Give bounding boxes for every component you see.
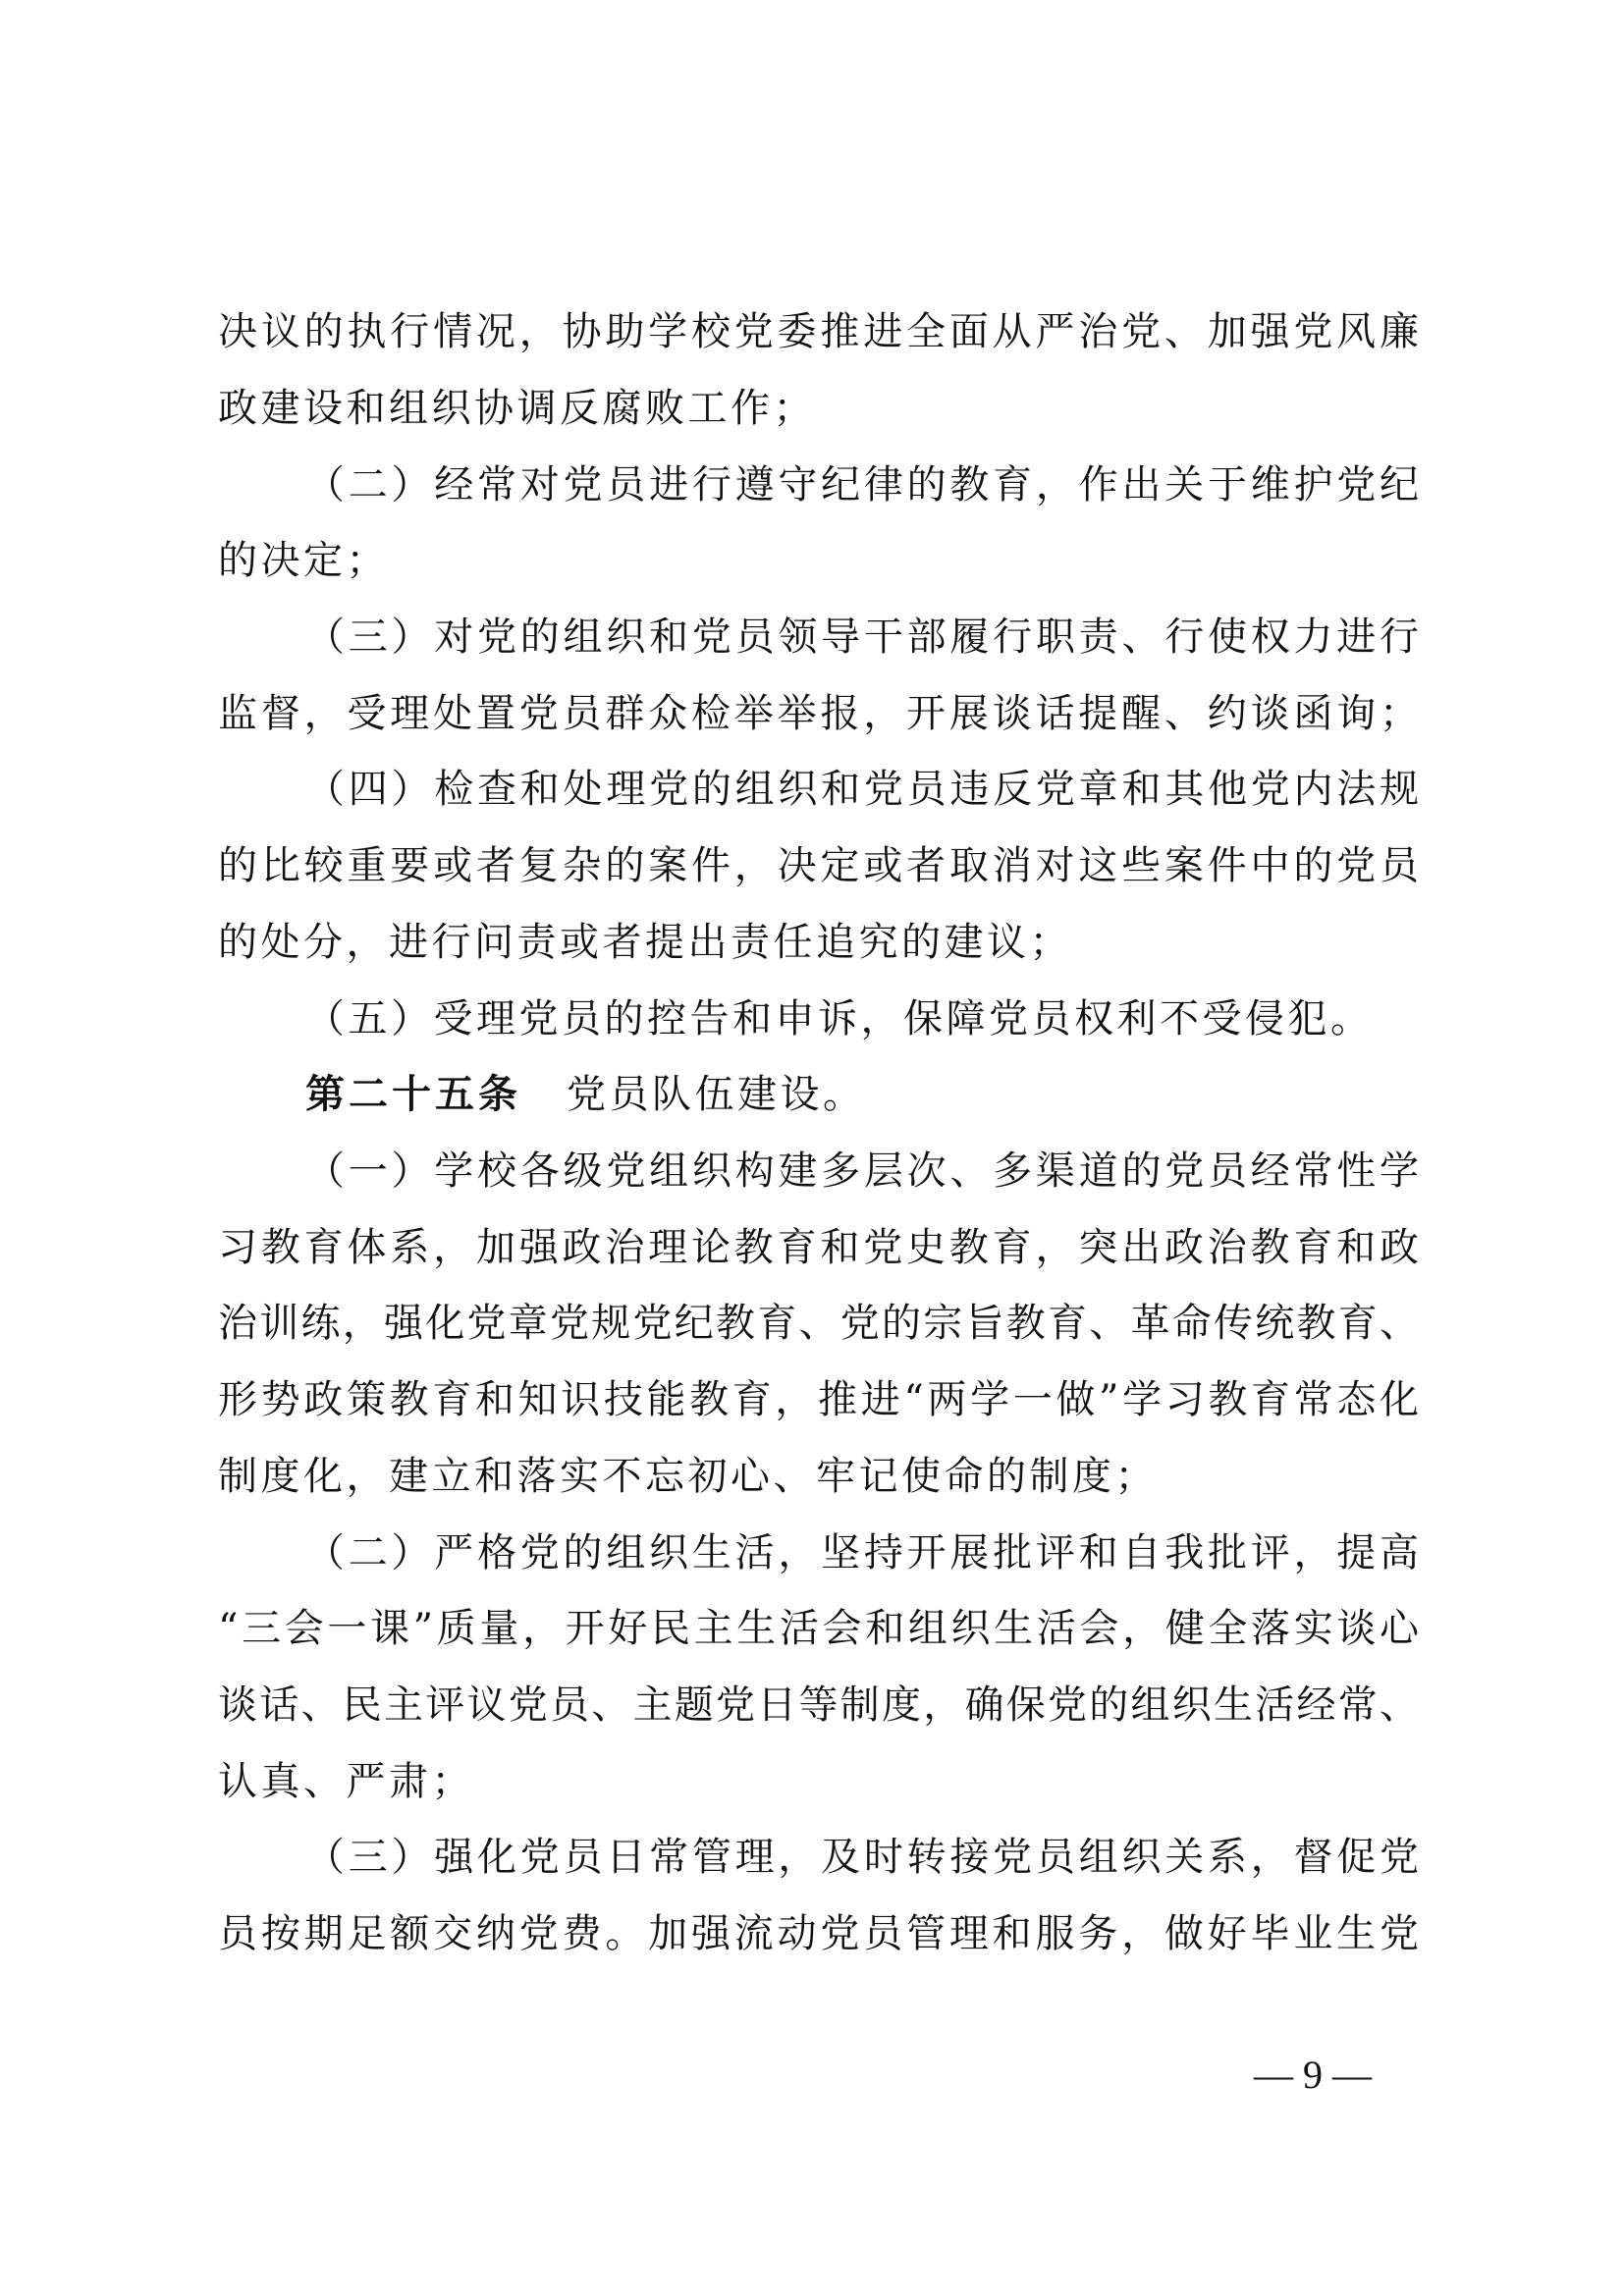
paragraph-line: 的决定；	[218, 522, 1419, 599]
paragraph-line: 谈话、民主评议党员、主题党日等制度，确保党的组织生活经常、	[218, 1667, 1419, 1743]
paragraph-line: 员按期足额交纳党费。加强流动党员管理和服务，做好毕业生党	[218, 1896, 1419, 1972]
article-number: 第二十五条	[305, 1072, 521, 1117]
paragraph-line: 制度化，建立和落实不忘初心、牢记使命的制度；	[218, 1438, 1419, 1515]
paragraph-line: 决议的执行情况，协助学校党委推进全面从严治党、加强党风廉	[218, 294, 1419, 370]
list-item-line: （二）经常对党员进行遵守纪律的教育，作出关于维护党纪	[305, 447, 1419, 523]
list-item-line: （一）学校各级党组织构建多层次、多渠道的党员经常性学	[305, 1133, 1419, 1209]
paragraph-line: 的处分，进行问责或者提出责任追究的建议；	[218, 904, 1419, 981]
document-page: 决议的执行情况，协助学校党委推进全面从严治党、加强党风廉 政建设和组织协调反腐败…	[0, 0, 1624, 2296]
list-item-line: （五）受理党员的控告和申诉，保障党员权利不受侵犯。	[305, 981, 1419, 1057]
paragraph-line: 监督，受理处置党员群众检举举报，开展谈话提醒、约谈函询；	[218, 675, 1419, 752]
paragraph-line: 形势政策教育和知识技能教育，推进“两学一做”学习教育常态化	[218, 1362, 1419, 1438]
paragraph-line: 的比较重要或者复杂的案件，决定或者取消对这些案件中的党员	[218, 828, 1419, 904]
paragraph-line: 治训练，强化党章党规党纪教育、党的宗旨教育、革命传统教育、	[218, 1285, 1419, 1362]
page-number: — 9 —	[1239, 2048, 1386, 2103]
paragraph-line: 习教育体系，加强政治理论教育和党史教育，突出政治教育和政	[218, 1209, 1419, 1286]
paragraph-line: 认真、严肃；	[218, 1743, 1419, 1820]
article-heading: 第二十五条党员队伍建设。	[305, 1056, 1419, 1133]
list-item-line: （四）检查和处理党的组织和党员违反党章和其他党内法规	[305, 751, 1419, 828]
list-item-line: （二）严格党的组织生活，坚持开展批评和自我批评，提高	[305, 1515, 1419, 1591]
paragraph-line: 政建设和组织协调反腐败工作；	[218, 370, 1419, 447]
paragraph-line: “三会一课”质量，开好民主生活会和组织生活会，健全落实谈心	[218, 1590, 1419, 1667]
article-title: 党员队伍建设。	[567, 1072, 866, 1117]
list-item-line: （三）强化党员日常管理，及时转接党员组织关系，督促党	[305, 1819, 1419, 1896]
list-item-line: （三）对党的组织和党员领导干部履行职责、行使权力进行	[305, 599, 1419, 675]
